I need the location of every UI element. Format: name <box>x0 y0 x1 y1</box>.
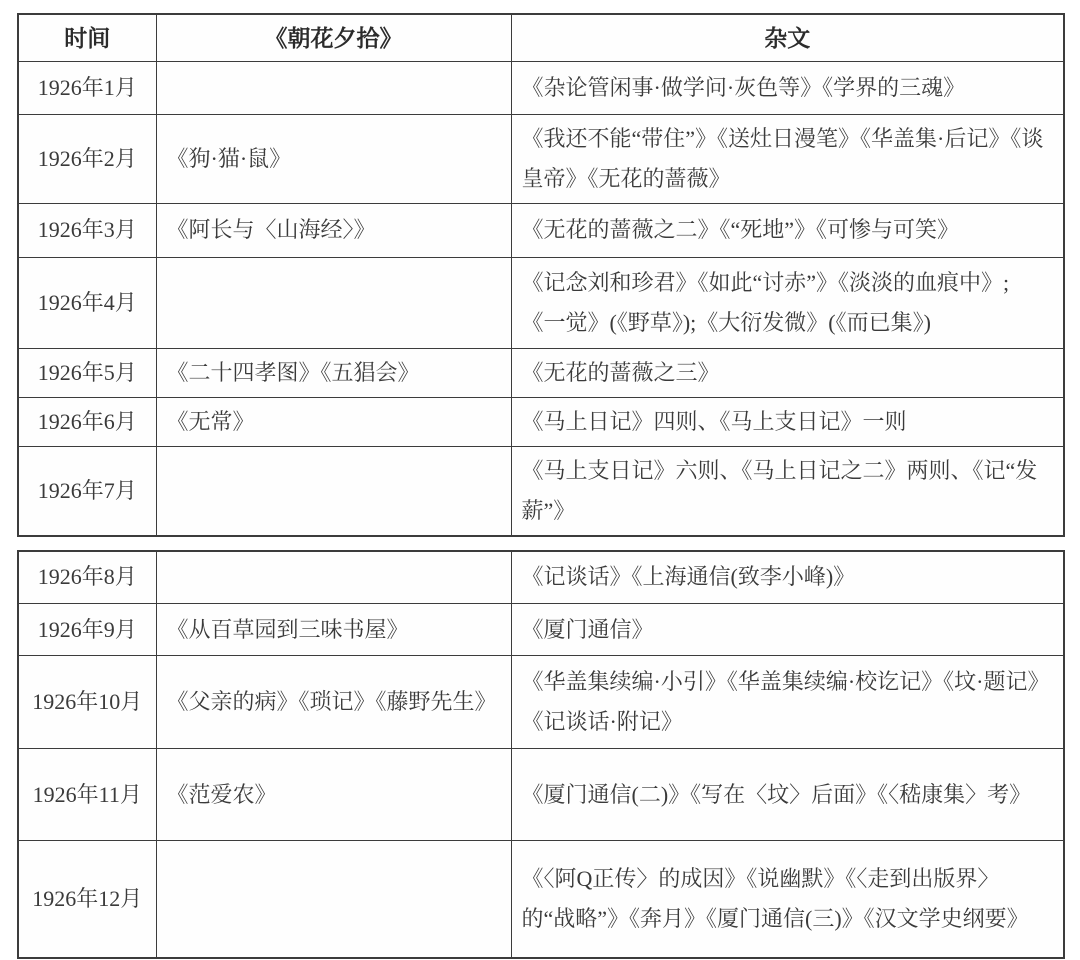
row-1926-02: 1926年2月 《狗·猫·鼠》 《我还不能“带住”》《送灶日漫笔》《华盖集·后记… <box>18 114 1064 203</box>
zawen-cell: 《马上支日记》六则、《马上日记之二》两则、《记“发薪”》 <box>511 446 1064 536</box>
zhaohua-cell: 《父亲的病》《琐记》《藤野先生》 <box>156 656 511 749</box>
zhaohua-cell: 《从百草园到三味书屋》 <box>156 604 511 656</box>
time-cell: 1926年6月 <box>18 397 156 446</box>
zhaohua-cell: 《范爱农》 <box>156 749 511 841</box>
time-cell: 1926年7月 <box>18 446 156 536</box>
zhaohua-cell: 《阿长与〈山海经〉》 <box>156 203 511 257</box>
row-1926-04: 1926年4月 《记念刘和珍君》《如此“讨赤”》《淡淡的血痕中》;《一觉》(《野… <box>18 257 1064 348</box>
row-1926-12: 1926年12月 《〈阿Q正传〉的成因》《说幽默》《〈走到出版界〉的“战略”》《… <box>18 841 1064 958</box>
header-zawen: 杂文 <box>511 14 1064 61</box>
row-1926-06: 1926年6月 《无常》 《马上日记》四则、《马上支日记》一则 <box>18 397 1064 446</box>
zawen-cell: 《无花的蔷薇之二》《“死地”》《可惨与可笑》 <box>511 203 1064 257</box>
zhaohua-cell: 《狗·猫·鼠》 <box>156 114 511 203</box>
zawen-cell: 《厦门通信》 <box>511 604 1064 656</box>
time-cell: 1926年9月 <box>18 604 156 656</box>
zhaohua-cell <box>156 61 511 114</box>
zhaohua-cell <box>156 446 511 536</box>
time-cell: 1926年2月 <box>18 114 156 203</box>
time-cell: 1926年8月 <box>18 551 156 604</box>
zhaohua-cell: 《二十四孝图》《五猖会》 <box>156 348 511 397</box>
row-1926-05: 1926年5月 《二十四孝图》《五猖会》 《无花的蔷薇之三》 <box>18 348 1064 397</box>
time-cell: 1926年11月 <box>18 749 156 841</box>
header-row: 时间 《朝花夕拾》 杂文 <box>18 14 1064 61</box>
row-1926-10: 1926年10月 《父亲的病》《琐记》《藤野先生》 《华盖集续编·小引》《华盖集… <box>18 656 1064 749</box>
zawen-cell: 《记谈话》《上海通信(致李小峰)》 <box>511 551 1064 604</box>
time-cell: 1926年1月 <box>18 61 156 114</box>
section-divider-gap <box>17 537 1063 550</box>
time-cell: 1926年10月 <box>18 656 156 749</box>
row-1926-08: 1926年8月 《记谈话》《上海通信(致李小峰)》 <box>18 551 1064 604</box>
zawen-cell: 《我还不能“带住”》《送灶日漫笔》《华盖集·后记》《谈皇帝》《无花的蔷薇》 <box>511 114 1064 203</box>
time-cell: 1926年4月 <box>18 257 156 348</box>
page: 时间 《朝花夕拾》 杂文 1926年1月 《杂论管闲事·做学问·灰色等》《学界的… <box>0 0 1080 959</box>
row-1926-01: 1926年1月 《杂论管闲事·做学问·灰色等》《学界的三魂》 <box>18 61 1064 114</box>
header-time: 时间 <box>18 14 156 61</box>
works-table-part-1: 时间 《朝花夕拾》 杂文 1926年1月 《杂论管闲事·做学问·灰色等》《学界的… <box>17 13 1065 537</box>
zhaohua-cell <box>156 841 511 958</box>
row-1926-07: 1926年7月 《马上支日记》六则、《马上日记之二》两则、《记“发薪”》 <box>18 446 1064 536</box>
zawen-cell: 《记念刘和珍君》《如此“讨赤”》《淡淡的血痕中》;《一觉》(《野草》);《大衍发… <box>511 257 1064 348</box>
time-cell: 1926年3月 <box>18 203 156 257</box>
row-1926-03: 1926年3月 《阿长与〈山海经〉》 《无花的蔷薇之二》《“死地”》《可惨与可笑… <box>18 203 1064 257</box>
zawen-cell: 《〈阿Q正传〉的成因》《说幽默》《〈走到出版界〉的“战略”》《奔月》《厦门通信(… <box>511 841 1064 958</box>
zawen-cell: 《华盖集续编·小引》《华盖集续编·校讫记》《坟·题记》《记谈话·附记》 <box>511 656 1064 749</box>
time-cell: 1926年5月 <box>18 348 156 397</box>
zhaohua-cell: 《无常》 <box>156 397 511 446</box>
row-1926-09: 1926年9月 《从百草园到三味书屋》 《厦门通信》 <box>18 604 1064 656</box>
zawen-cell: 《马上日记》四则、《马上支日记》一则 <box>511 397 1064 446</box>
header-zhaohuaxishi: 《朝花夕拾》 <box>156 14 511 61</box>
row-1926-11: 1926年11月 《范爱农》 《厦门通信(二)》《写在〈坟〉后面》《〈嵇康集〉考… <box>18 749 1064 841</box>
works-table-part-2: 1926年8月 《记谈话》《上海通信(致李小峰)》 1926年9月 《从百草园到… <box>17 550 1065 959</box>
zhaohua-cell <box>156 551 511 604</box>
time-cell: 1926年12月 <box>18 841 156 958</box>
zawen-cell: 《杂论管闲事·做学问·灰色等》《学界的三魂》 <box>511 61 1064 114</box>
zhaohua-cell <box>156 257 511 348</box>
zawen-cell: 《无花的蔷薇之三》 <box>511 348 1064 397</box>
zawen-cell: 《厦门通信(二)》《写在〈坟〉后面》《〈嵇康集〉考》 <box>511 749 1064 841</box>
